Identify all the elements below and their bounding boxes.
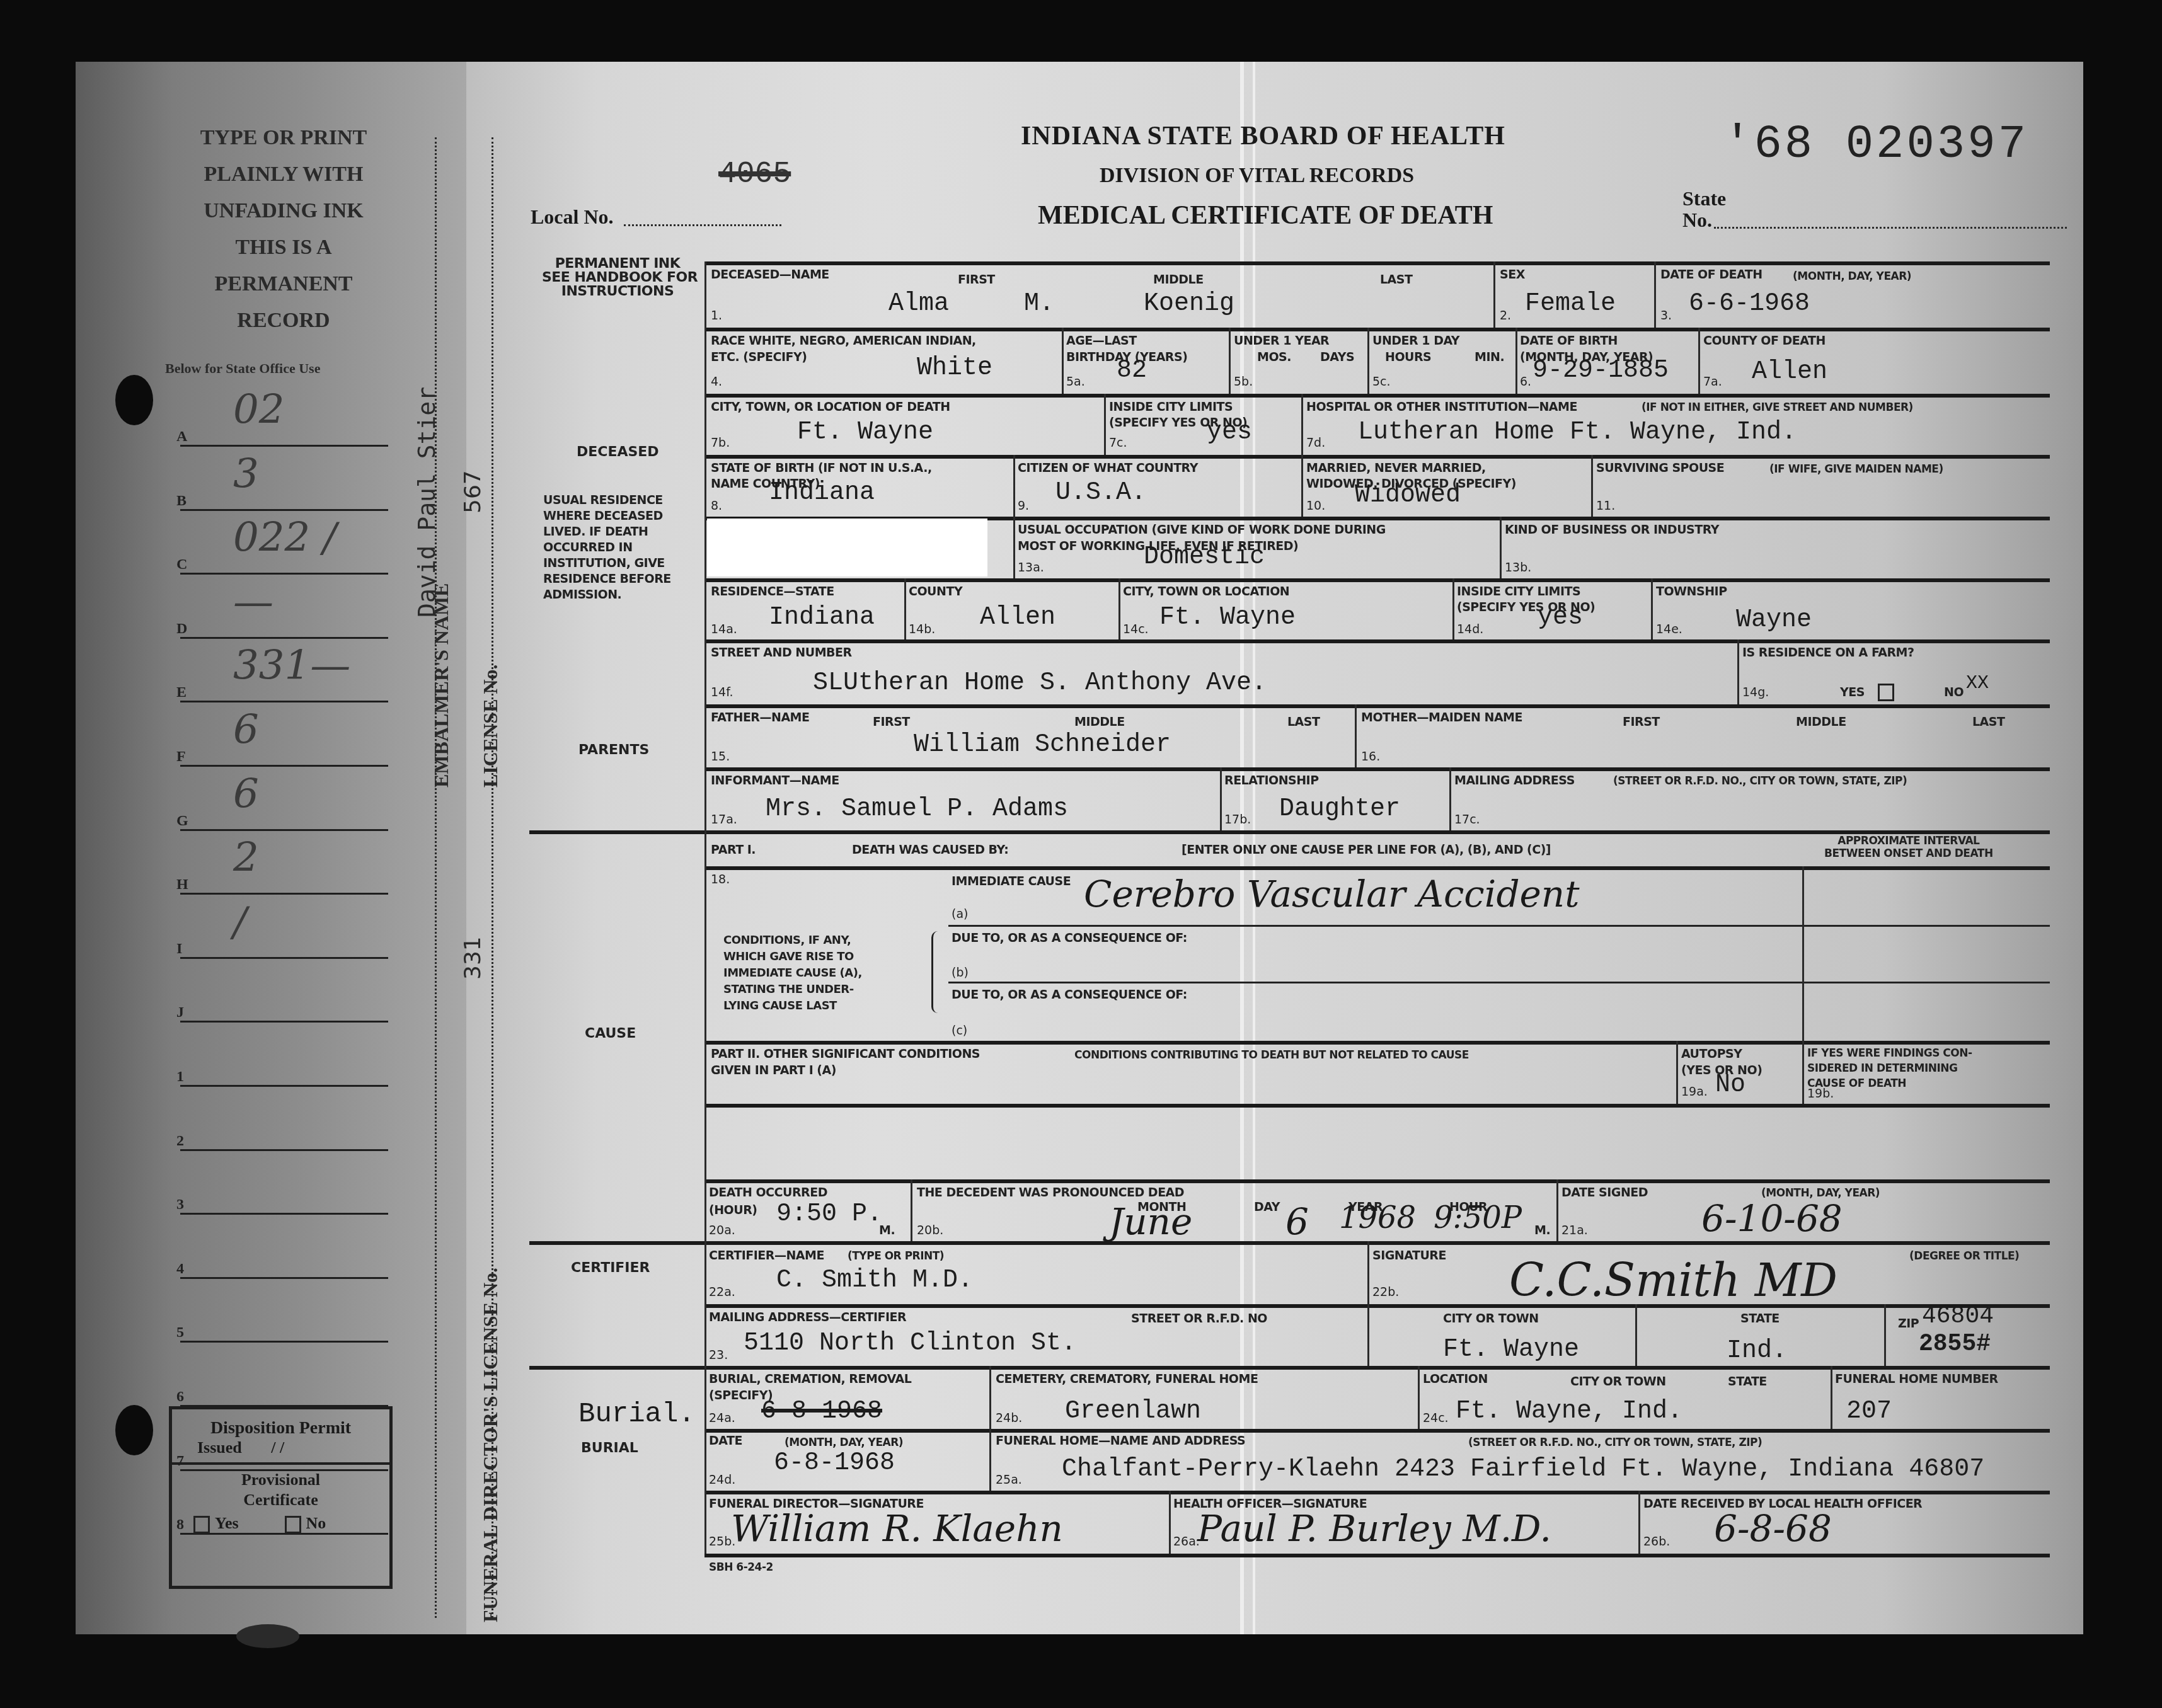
seal-stamp-icon xyxy=(236,1624,299,1648)
form-rule-line xyxy=(704,866,2050,870)
form-rule-line xyxy=(989,1366,991,1491)
min-label: MIN. xyxy=(1475,350,1504,364)
disposition-label: BURIAL, CREMATION, REMOVAL xyxy=(709,1372,911,1386)
age-field[interactable]: 82 xyxy=(1117,357,1147,385)
pronounced-day-field[interactable]: 6 xyxy=(1285,1200,1309,1243)
form-rule-line xyxy=(704,1429,2050,1433)
scan-edge xyxy=(1235,0,1260,62)
certifier-field[interactable]: C. Smith M.D. xyxy=(776,1266,973,1295)
field-number: 21a. xyxy=(1561,1224,1588,1237)
race-field[interactable]: White xyxy=(917,354,992,382)
state-office-field[interactable]: 331—E xyxy=(176,646,391,703)
certificate-number: '68 020397 xyxy=(1723,118,2028,171)
form-rule-line xyxy=(1493,261,1495,328)
state-field-letter: B xyxy=(176,493,187,510)
cause-a-field[interactable]: Cerebro Vascular Accident xyxy=(1084,873,1580,915)
field-number: 10. xyxy=(1306,499,1325,513)
state-field-value: 6 xyxy=(233,707,259,754)
state-office-field[interactable]: 6 xyxy=(176,1351,391,1407)
inside-limits-field[interactable]: yes xyxy=(1207,418,1252,447)
relationship-field[interactable]: Daughter xyxy=(1279,795,1400,823)
section-cause: CAUSE xyxy=(585,1026,636,1041)
last-label: LAST xyxy=(1287,715,1320,729)
res-state-label: RESIDENCE—STATE xyxy=(711,585,834,599)
form-rule-line xyxy=(1169,1491,1171,1554)
death-hour-field[interactable]: 9:50 P. xyxy=(776,1200,882,1229)
redacted-field xyxy=(707,519,987,576)
fd-license-label: FUNERAL DIRECTOR'S LICENSE No. xyxy=(479,1268,502,1622)
state-field-line xyxy=(180,1149,388,1151)
field-number: 1. xyxy=(711,309,722,323)
field-number: (b) xyxy=(952,966,969,980)
state-field-letter: C xyxy=(176,556,187,573)
street-field[interactable]: SLUtheran Home S. Anthony Ave. xyxy=(813,669,1267,697)
form-rule-line xyxy=(1638,1491,1640,1554)
meridiem-label: M. xyxy=(879,1224,895,1237)
farm-yes-checkbox[interactable] xyxy=(1878,684,1894,701)
field-number: 6. xyxy=(1520,375,1531,389)
field-number: 14c. xyxy=(1123,622,1149,636)
fh-name-field[interactable]: Chalfant-Perry-Klaehn 2423 Fairfield Ft.… xyxy=(1062,1455,1984,1484)
field-number: 13a. xyxy=(1018,561,1044,575)
state-field-value: — xyxy=(233,579,273,626)
race-label: RACE WHITE, NEGRO, AMERICAN INDIAN, xyxy=(711,334,976,348)
field-number: 24d. xyxy=(709,1473,735,1487)
date-of-death-field[interactable]: 6-6-1968 xyxy=(1689,290,1810,318)
field-number: 22b. xyxy=(1372,1285,1399,1299)
last-label: LAST xyxy=(1380,273,1412,287)
form-rule-line xyxy=(904,578,906,639)
state-field-value: 022 / xyxy=(233,515,336,561)
dob-label: DATE OF BIRTH xyxy=(1520,334,1618,348)
form-rule-line xyxy=(1802,866,1804,1041)
sex-field[interactable]: Female xyxy=(1525,290,1616,318)
section-burial: BURIAL xyxy=(581,1440,638,1456)
meridiem-label: M. xyxy=(1534,1224,1550,1237)
field-number: 2. xyxy=(1500,309,1511,323)
state-field-line xyxy=(180,573,388,575)
dob-field[interactable]: 9-29-1885 xyxy=(1532,357,1669,385)
form-rule-line xyxy=(1884,1304,1886,1366)
findings-label: IF YES WERE FINDINGS CON-SIDERED IN DETE… xyxy=(1807,1046,1972,1091)
state-office-field[interactable]: /I xyxy=(176,903,391,960)
marital-label: MARRIED, NEVER MARRIED, xyxy=(1306,461,1486,475)
state-field-letter: F xyxy=(176,748,186,765)
form-rule-line xyxy=(1500,517,1502,578)
instruction-line: RECORD xyxy=(158,302,410,339)
cert-state-field[interactable]: Ind. xyxy=(1727,1337,1787,1365)
form-rule-line xyxy=(1676,1041,1678,1104)
city-death-label: CITY, TOWN, OR LOCATION OF DEATH xyxy=(711,400,950,414)
field-number: 15. xyxy=(711,750,730,764)
pronounced-label: THE DECEDENT WAS PRONOUNCED DEAD xyxy=(917,1186,1184,1200)
location-field[interactable]: Ft. Wayne, Ind. xyxy=(1456,1397,1682,1426)
state-field-line xyxy=(180,765,388,767)
field-number: 5b. xyxy=(1234,375,1253,389)
state-office-field[interactable]: 4 xyxy=(176,1223,391,1280)
bracket xyxy=(931,931,942,1013)
field-number: 18. xyxy=(711,873,730,886)
form-rule-line xyxy=(704,578,2050,582)
age-label: AGE—LAST xyxy=(1066,334,1137,348)
punch-hole xyxy=(115,375,153,425)
field-number: 24b. xyxy=(996,1411,1022,1425)
form-rule-line xyxy=(1591,455,1593,517)
hint: (IF NOT IN EITHER, GIVE STREET AND NUMBE… xyxy=(1642,401,1913,414)
form-rule-line xyxy=(529,830,2050,834)
field-number: 5a. xyxy=(1066,375,1085,389)
citizen-field[interactable]: U.S.A. xyxy=(1055,479,1146,507)
res-city-label: CITY, TOWN OR LOCATION xyxy=(1123,585,1289,599)
day-label: DAY xyxy=(1254,1200,1280,1214)
cert-street-field[interactable]: 5110 North Clinton St. xyxy=(744,1329,1076,1358)
state-field-letter: H xyxy=(176,876,188,893)
usual-residence-note: USUAL RESIDENCEWHERE DECEASEDLIVED. IF D… xyxy=(543,493,671,603)
local-no-label: Local No. xyxy=(531,205,614,229)
state-label: STATE xyxy=(1728,1375,1767,1389)
business-label: KIND OF BUSINESS OR INDUSTRY xyxy=(1505,523,1719,537)
field-number: 17a. xyxy=(711,813,737,827)
state-field-line xyxy=(180,701,388,702)
state-field-letter: 2 xyxy=(176,1133,184,1150)
form-rule-line xyxy=(1367,1241,1369,1366)
form-rule-line xyxy=(704,261,706,1554)
date-signed-field[interactable]: 6-10-68 xyxy=(1701,1197,1843,1240)
fd-license-number: 331 xyxy=(460,936,486,980)
state-birth-label: STATE OF BIRTH (IF NOT IN U.S.A., xyxy=(711,461,932,475)
form-rule-line xyxy=(1301,394,1303,455)
form-rule-line xyxy=(1013,455,1015,517)
marital-field[interactable]: Widowed xyxy=(1355,481,1461,510)
field-number: 5c. xyxy=(1372,375,1391,389)
city-death-field[interactable]: Ft. Wayne xyxy=(797,418,933,447)
field-number: 17b. xyxy=(1224,813,1251,827)
sidebar-instructions: TYPE OR PRINT PLAINLY WITH UNFADING INK … xyxy=(158,120,410,339)
field-number: 9. xyxy=(1018,499,1029,513)
occupation-field[interactable]: Domestic xyxy=(1144,543,1265,571)
hint: (IF WIFE, GIVE MAIDEN NAME) xyxy=(1769,463,1943,476)
form-rule-line xyxy=(704,1554,2050,1557)
form-rule-line xyxy=(1515,328,1517,394)
field-number: 20a. xyxy=(709,1224,735,1237)
field-number: 23. xyxy=(709,1348,728,1362)
state-field-letter: G xyxy=(176,813,188,830)
instruction-line: TYPE OR PRINT xyxy=(158,120,410,156)
state-field-value: 3 xyxy=(233,451,259,498)
instruction-line: PERMANENT xyxy=(158,266,410,302)
hint: CONDITIONS CONTRIBUTING TO DEATH BUT NOT… xyxy=(1074,1049,1469,1062)
form-rule-line xyxy=(1449,767,1451,830)
death-occurred-label: DEATH OCCURRED xyxy=(709,1186,827,1200)
form-rule-line xyxy=(704,1304,2050,1308)
hours-label: HOURS xyxy=(1385,350,1431,364)
state-field-line xyxy=(180,445,388,447)
pronounced-hour-field[interactable]: 9:50P xyxy=(1434,1200,1522,1235)
certifier-label: CERTIFIER—NAME xyxy=(709,1249,824,1263)
state-office-field[interactable]: 02A xyxy=(176,391,391,447)
state-field-line xyxy=(180,1021,388,1023)
sex-label: SEX xyxy=(1500,268,1525,282)
form-rule-line xyxy=(1229,328,1231,394)
fd-signature[interactable]: William R. Klaehn xyxy=(731,1507,1063,1550)
field-number: 8. xyxy=(711,499,722,513)
hospital-field[interactable]: Lutheran Home Ft. Wayne, Ind. xyxy=(1358,418,1797,447)
hint: (MONTH, DAY, YEAR) xyxy=(1793,270,1911,283)
state-office-field[interactable]: J xyxy=(176,966,391,1023)
res-city-field[interactable]: Ft. Wayne xyxy=(1159,604,1296,632)
state-office-field[interactable]: 2 xyxy=(176,1095,391,1152)
first-label: FIRST xyxy=(873,715,910,729)
conditions-note: CONDITIONS, IF ANY,WHICH GAVE RISE TOIMM… xyxy=(723,932,862,1014)
field-number: 26a. xyxy=(1173,1535,1200,1549)
res-county-field[interactable]: Allen xyxy=(980,604,1055,632)
field-number: 14a. xyxy=(711,622,737,636)
state-office-field[interactable]: 3 xyxy=(176,1159,391,1215)
caused-by-label: DEATH WAS CAUSED BY: xyxy=(852,843,1008,857)
autopsy-label: AUTOPSY xyxy=(1681,1047,1742,1061)
form-rule-line xyxy=(704,1179,2050,1183)
date-of-death-label: DATE OF DEATH xyxy=(1660,268,1762,282)
county-death-field[interactable]: Allen xyxy=(1752,358,1827,386)
field-number: 7d. xyxy=(1306,436,1325,450)
fh-name-label: FUNERAL HOME—NAME AND ADDRESS xyxy=(996,1434,1245,1448)
mos-label: MOS. xyxy=(1257,350,1291,364)
first-label: FIRST xyxy=(1623,715,1660,729)
signature-label: SIGNATURE xyxy=(1372,1249,1446,1263)
state-field-letter: E xyxy=(176,684,187,701)
farm-label: IS RESIDENCE ON A FARM? xyxy=(1742,646,1914,660)
form-rule-line xyxy=(1737,639,1739,704)
field-number: 14d. xyxy=(1457,622,1483,636)
hint: (TYPE OR PRINT) xyxy=(848,1250,944,1263)
state-birth-field[interactable]: Indiana xyxy=(769,479,875,507)
received-field[interactable]: 6-8-68 xyxy=(1714,1507,1832,1550)
permanent-ink-note: PERMANENT INKSEE HANDBOOK FORINSTRUCTION… xyxy=(542,257,693,299)
under-year-label: UNDER 1 YEAR xyxy=(1234,334,1329,348)
city-town-label: CITY OR TOWN xyxy=(1443,1312,1539,1326)
farm-yes-label: YES xyxy=(1840,685,1865,699)
race-label-2: ETC. (SPECIFY) xyxy=(711,350,807,364)
field-number: 14g. xyxy=(1742,685,1769,699)
date-label: DATE xyxy=(709,1434,742,1448)
hint: (STREET OR R.F.D. NO., CITY OR TOWN, STA… xyxy=(1468,1436,1762,1449)
state-field-line xyxy=(180,1085,388,1087)
form-rule-line xyxy=(1220,767,1222,830)
form-rule-line xyxy=(704,394,2050,398)
field-number: 24c. xyxy=(1423,1411,1449,1425)
hospital-label: HOSPITAL OR OTHER INSTITUTION—NAME xyxy=(1306,400,1577,414)
degree-label: (DEGREE OR TITLE) xyxy=(1909,1250,2019,1263)
issued-value[interactable]: / / xyxy=(271,1438,284,1457)
res-inside-label: INSIDE CITY LIMITS xyxy=(1457,585,1580,599)
first-name-field[interactable]: Alma xyxy=(888,290,949,318)
autopsy-field[interactable]: No xyxy=(1715,1071,1745,1099)
father-field[interactable]: William Schneider xyxy=(914,731,1171,759)
pronounced-month-field[interactable]: June xyxy=(1109,1200,1192,1243)
township-field[interactable]: Wayne xyxy=(1736,606,1812,634)
form-rule-line xyxy=(1556,1179,1558,1241)
form-rule-line xyxy=(1062,328,1064,394)
last-label: LAST xyxy=(1972,715,2004,729)
informant-field[interactable]: Mrs. Samuel P. Adams xyxy=(766,795,1068,823)
pronounced-year-field[interactable]: 1968 xyxy=(1339,1200,1416,1235)
state-field-letter: 4 xyxy=(176,1261,184,1278)
license-label: LICENSE No. xyxy=(479,664,502,788)
scan-edge xyxy=(1235,1634,1260,1708)
field-number: 19b. xyxy=(1807,1087,1834,1101)
cert-city-field[interactable]: Ft. Wayne xyxy=(1443,1336,1579,1364)
form-rule-line xyxy=(1418,1366,1420,1429)
middle-label: MIDDLE xyxy=(1153,273,1204,287)
form-rule-line xyxy=(1698,328,1700,394)
due-to-label: DUE TO, OR AS A CONSEQUENCE OF: xyxy=(952,931,1187,945)
disposition-field[interactable]: 6-8-1968 xyxy=(761,1397,882,1426)
field-number: 19a. xyxy=(1681,1085,1708,1099)
state-field-line xyxy=(180,509,388,511)
agency-title: INDIANA STATE BOARD OF HEALTH xyxy=(1021,121,1505,151)
cert-zip-old: 2855# xyxy=(1919,1331,1991,1358)
burial-disposition-value: Burial. xyxy=(578,1399,695,1430)
state-no-label: State No. xyxy=(1682,188,1726,231)
field-number: 11. xyxy=(1596,499,1615,513)
state-office-field[interactable]: 1 xyxy=(176,1031,391,1087)
state-field-letter: J xyxy=(176,1004,184,1021)
date-signed-label: DATE SIGNED xyxy=(1561,1186,1648,1200)
farm-no-checkbox[interactable]: XX xyxy=(1966,673,1989,694)
issued-label: Issued xyxy=(197,1438,242,1457)
middle-label: MIDDLE xyxy=(1796,715,1846,729)
state-label: State xyxy=(1682,188,1726,209)
form-rule-line xyxy=(1118,578,1120,639)
form-rule-line xyxy=(1635,1304,1637,1366)
city-town-label: CITY OR TOWN xyxy=(1570,1375,1666,1389)
state-field-value: / xyxy=(233,899,247,946)
license-number: 567 xyxy=(460,470,486,513)
hour-label: (HOUR) xyxy=(709,1203,757,1217)
form-rule-line xyxy=(948,925,2050,927)
form-rule-line xyxy=(704,1491,2050,1494)
citizen-label: CITIZEN OF WHAT COUNTRY xyxy=(1018,461,1198,475)
state-label: STATE xyxy=(1740,1312,1780,1326)
res-inside-field[interactable]: yes xyxy=(1538,604,1583,632)
division-title: DIVISION OF VITAL RECORDS xyxy=(1100,164,1414,188)
township-label: TOWNSHIP xyxy=(1656,585,1727,599)
field-number: (a) xyxy=(952,907,968,921)
state-field-line xyxy=(180,1277,388,1279)
form-rule-line xyxy=(948,982,2050,983)
state-office-field[interactable]: 3B xyxy=(176,455,391,512)
field-number: 14b. xyxy=(909,622,935,636)
res-state-field[interactable]: Indiana xyxy=(769,604,875,632)
certificate-label: Certificate xyxy=(172,1490,389,1510)
occupation-label: USUAL OCCUPATION (GIVE KIND OF WORK DONE… xyxy=(1018,523,1386,537)
middle-name-field[interactable]: M. xyxy=(1024,290,1054,318)
form-rule-line xyxy=(704,1041,2050,1045)
form-rule-line xyxy=(1831,1366,1832,1429)
form-rule-line xyxy=(704,328,2050,331)
yes-label: Yes xyxy=(215,1514,239,1532)
provisional-yes-checkbox[interactable] xyxy=(193,1516,210,1533)
section-certifier: CERTIFIER xyxy=(571,1260,650,1276)
spouse-label: SURVIVING SPOUSE xyxy=(1596,461,1724,475)
one-cause-label: [ENTER ONLY ONE CAUSE PER LINE FOR (a), … xyxy=(1182,843,1551,857)
state-field-letter: I xyxy=(176,941,182,958)
cemetery-label: CEMETERY, CREMATORY, FUNERAL HOME xyxy=(996,1372,1258,1386)
informant-label: INFORMANT—NAME xyxy=(711,774,839,788)
interval-label: APPROXIMATE INTERVALBETWEEN ONSET AND DE… xyxy=(1824,835,1993,860)
father-label: FATHER—NAME xyxy=(711,711,810,725)
state-field-value: 2 xyxy=(233,835,259,881)
field-number: 7b. xyxy=(711,436,730,450)
street-label: STREET AND NUMBER xyxy=(711,646,852,660)
field-number: 7c. xyxy=(1109,436,1127,450)
field-number: (c) xyxy=(952,1024,967,1038)
zip-label: ZIP xyxy=(1898,1317,1919,1331)
form-rule-line xyxy=(1301,455,1303,517)
state-field-letter: D xyxy=(176,621,187,638)
immediate-cause-label: IMMEDIATE CAUSE xyxy=(952,874,1071,888)
street-rfd-label: STREET OR R.F.D. NO xyxy=(1131,1312,1267,1326)
state-office-field[interactable]: 6F xyxy=(176,711,391,767)
state-office-field[interactable]: 022 /C xyxy=(176,519,391,575)
last-name-field[interactable]: Koenig xyxy=(1144,290,1234,318)
form-rule-line xyxy=(704,639,2050,643)
form-rule-line xyxy=(1452,578,1454,639)
middle-label: MIDDLE xyxy=(1074,715,1125,729)
form-rule-line xyxy=(1651,578,1653,639)
form-rule-line xyxy=(1802,1041,1804,1104)
state-office-field[interactable]: —D xyxy=(176,583,391,639)
state-field-value: 02 xyxy=(233,387,284,433)
cert-zip-field[interactable]: 46804 xyxy=(1922,1303,1994,1330)
field-number: 4. xyxy=(711,375,722,389)
certifier-signature[interactable]: C.C.Smith MD xyxy=(1509,1254,1837,1307)
form-rule-line xyxy=(704,767,2050,771)
provisional-no-checkbox[interactable] xyxy=(285,1516,301,1533)
field-number: 14f. xyxy=(711,685,733,699)
disposition-permit-label: Disposition Permit xyxy=(172,1418,389,1438)
field-number: 26b. xyxy=(1643,1535,1670,1549)
state-no-field[interactable] xyxy=(1714,227,2067,229)
first-label: FIRST xyxy=(958,273,995,287)
page-title: MEDICAL CERTIFICATE OF DEATH xyxy=(1038,200,1493,231)
local-no-value: 4065 xyxy=(718,158,791,192)
part1-label: PART I. xyxy=(711,843,756,857)
state-office-field[interactable]: 5 xyxy=(176,1287,391,1343)
state-field-letter: 3 xyxy=(176,1196,184,1213)
form-rule-line xyxy=(1654,261,1656,328)
field-number: 24a. xyxy=(709,1411,735,1425)
provisional-label: Provisional xyxy=(172,1470,389,1490)
state-field-line xyxy=(180,893,388,895)
field-number: 20b. xyxy=(917,1224,943,1237)
form-rule-line xyxy=(1367,328,1369,394)
state-office-field[interactable]: 2H xyxy=(176,839,391,895)
part2-label-2: GIVEN IN PART I (A) xyxy=(711,1063,836,1077)
no-label: No xyxy=(306,1514,326,1532)
inside-limits-label: INSIDE CITY LIMITS xyxy=(1109,400,1233,414)
state-field-value: 331— xyxy=(233,643,350,689)
local-no-field[interactable] xyxy=(624,224,781,226)
burial-date-field[interactable]: 6-8-1968 xyxy=(774,1449,895,1477)
state-office-field[interactable]: 6G xyxy=(176,775,391,832)
form-rule-line xyxy=(1013,517,1015,578)
part2-label: PART II. OTHER SIGNIFICANT CONDITIONS xyxy=(711,1047,980,1061)
hint: (STREET OR R.F.D. NO., CITY OR TOWN, STA… xyxy=(1613,775,1907,788)
fh-number-field[interactable]: 207 xyxy=(1846,1397,1892,1426)
cemetery-field[interactable]: Greenlawn xyxy=(1065,1397,1201,1426)
ho-signature[interactable]: Paul P. Burley M.D. xyxy=(1197,1507,1551,1550)
